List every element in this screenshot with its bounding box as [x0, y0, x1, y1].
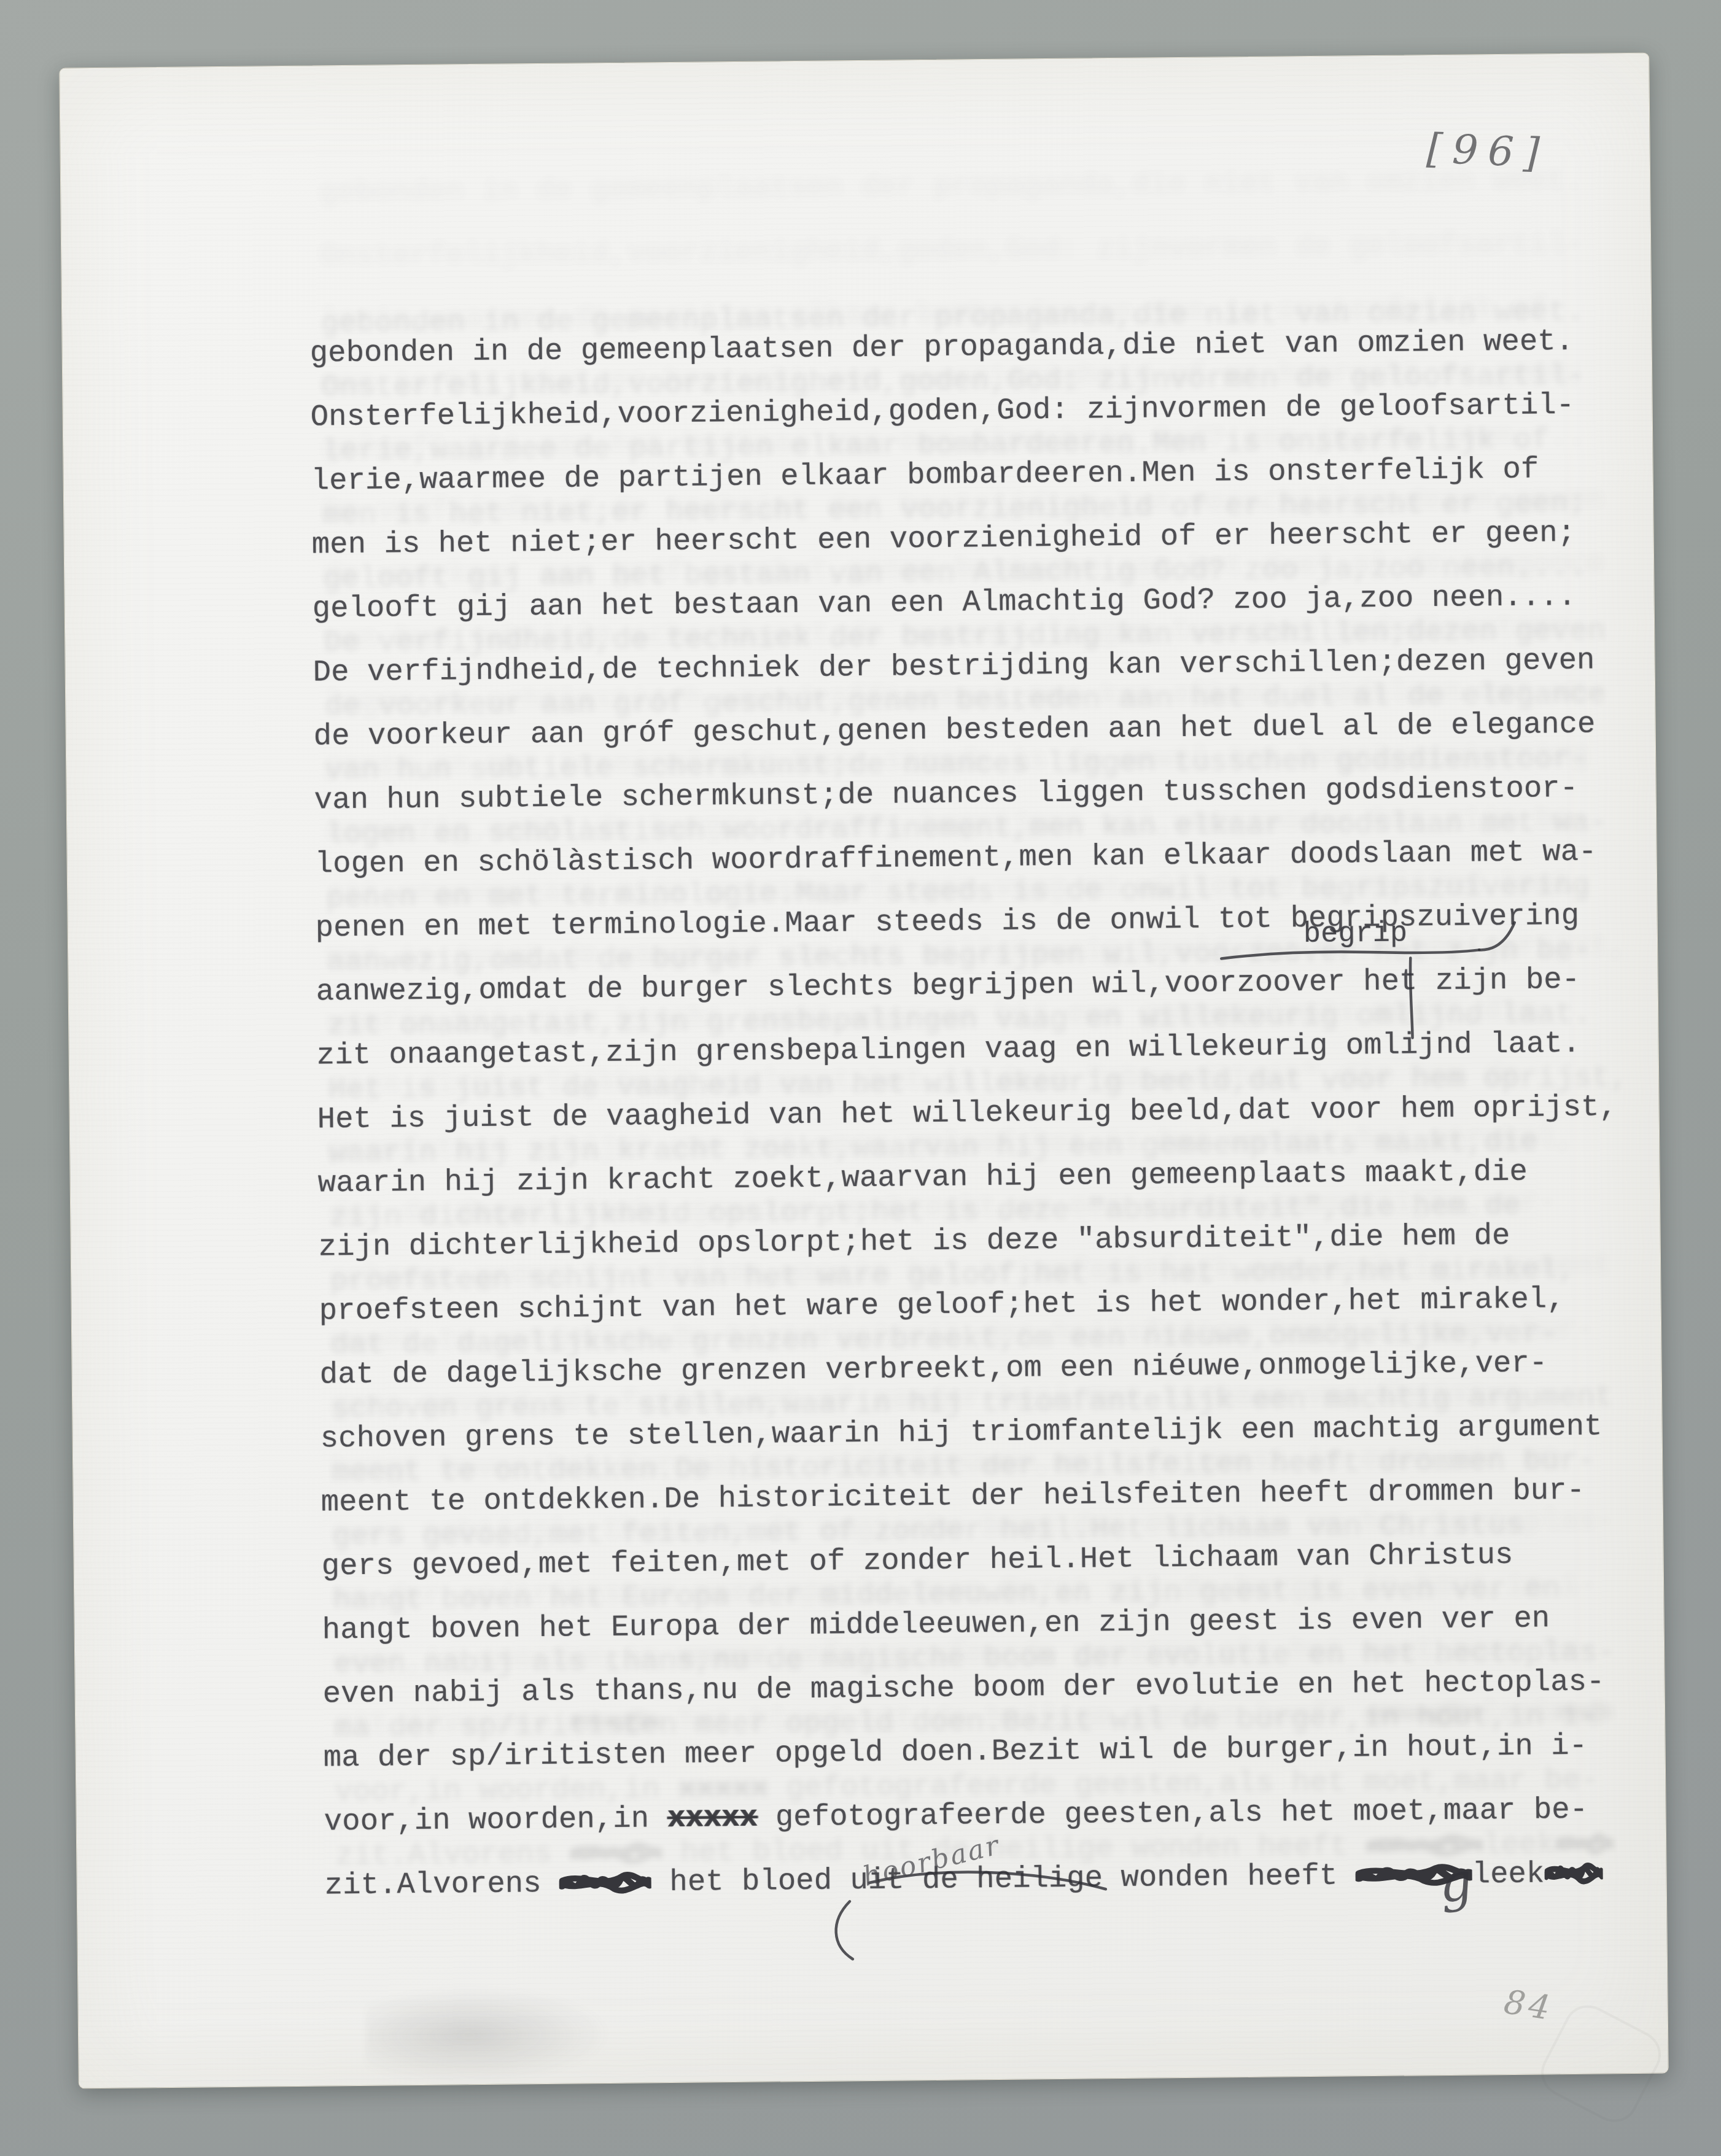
photo-backdrop: gebonden in de gemeenplaatsen der propag… — [0, 0, 1721, 2156]
typescript-line: Onsterfelijkheid,voorzienigheid,goden,Go… — [320, 224, 1690, 301]
typed-text: Onsterfelijkheid,voorzienigheid,goden,Go… — [320, 227, 1584, 274]
pencil-smudge — [365, 1985, 612, 2085]
ink-scribble — [559, 1863, 652, 1902]
typed-text: gefotografeerde geesten,als het moet,maa… — [757, 1793, 1588, 1835]
typed-text: leek — [1472, 1856, 1544, 1891]
ink-scribble — [1355, 1856, 1472, 1895]
typed-text: gebonden in de gemeenplaatsen der propag… — [309, 324, 1574, 371]
typescript-page: gebonden in de gemeenplaatsen der propag… — [59, 53, 1668, 2089]
typescript-line: gebonden in de gemeenplaatsen der propag… — [319, 160, 1689, 237]
struck-out-word: xxxxx — [667, 1801, 758, 1836]
typescript-lines: gebonden in de gemeenplaatsen der propag… — [309, 321, 1694, 1930]
typed-text: gebonden in de gemeenplaatsen der propag… — [319, 163, 1583, 210]
typescript-line: zit.Alvorens het bloed uit de heilige wo… — [324, 1853, 1694, 1930]
typed-text: het bloed uit de heilige wonden heeft — [651, 1858, 1356, 1899]
ink-scribble — [1544, 1855, 1603, 1893]
typed-text: zit.Alvorens — [324, 1866, 559, 1903]
pencil-number-bottom: 84 — [1501, 1982, 1556, 2028]
pencil-page-number: [96] — [1426, 125, 1550, 177]
typed-text: voor,in woorden,in — [324, 1801, 667, 1839]
embossed-stamp — [1533, 1997, 1669, 2131]
